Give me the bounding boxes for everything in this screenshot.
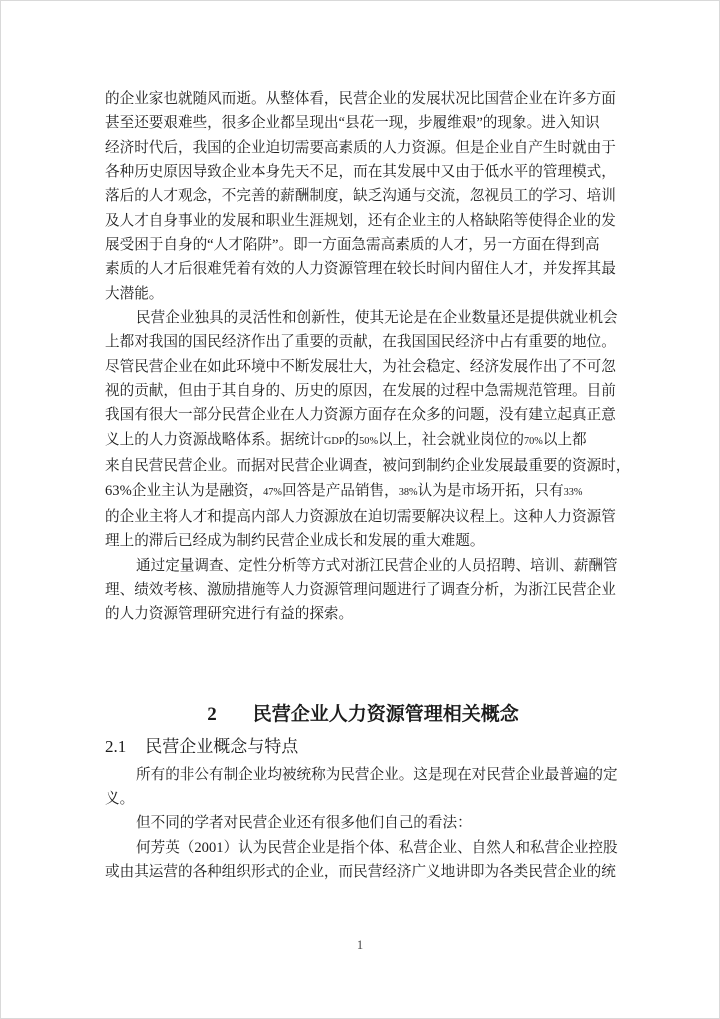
text-line: 何芳英（2001）认为民营企业是指个体、私营企业、自然人和私营企业控股: [105, 836, 621, 860]
inline-text: 我国有很大一部分民营企业在人力资源方面存在众多的问题，没有建立起真正意: [105, 407, 616, 423]
text-line: 的企业家也就随风而逝。从整体看，民营企业的发展状况比国营企业在许多方面: [105, 87, 621, 111]
paragraph: 何芳英（2001）认为民营企业是指个体、私营企业、自然人和私营企业控股或由其运营…: [105, 836, 621, 885]
inline-small-text: GDP: [324, 436, 345, 447]
paragraph: 但不同的学者对民营企业还有很多他们自己的看法：: [105, 811, 621, 835]
inline-text: 展受困于自身的“人才陷阱”。即一方面急需高素质的人才，另一方面在得到高: [105, 237, 600, 253]
inline-text: 通过定量调查、定性分析等方式对浙江民营企业的人员招聘、培训、薪酬管: [136, 558, 618, 574]
paragraph: 民营企业独具的灵活性和创新性，使其无论是在企业数量还是提供就业机会上都对我国的国…: [105, 306, 621, 553]
inline-text: 理上的滞后已经成为制约民营企业成长和发展的重大难题。: [105, 533, 484, 549]
inline-text: 及人才自身事业的发展和职业生涯规划，还有企业主的人格缺陷等使得企业的发: [105, 213, 616, 229]
text-line: 经济时代后，我国的企业迫切需要高素质的人力资源。但是企业自产生时就由于: [105, 136, 621, 160]
page-body: 的企业家也就随风而逝。从整体看，民营企业的发展状况比国营企业在许多方面甚至还要艰…: [105, 87, 621, 884]
inline-text: 上都对我国的国民经济作出了重要的贡献，在我国国民经济中占有重要的地位。: [105, 334, 616, 350]
subsection-number: 2.1: [105, 737, 126, 756]
text-line: 但不同的学者对民营企业还有很多他们自己的看法：: [105, 811, 621, 835]
inline-text: 民营企业独具的灵活性和创新性，使其无论是在企业数量还是提供就业机会: [136, 310, 618, 326]
inline-text: 的企业家也就随风而逝。从整体看，民营企业的发展状况比国营企业在许多方面: [105, 91, 616, 107]
inline-text: 但不同的学者对民营企业还有很多他们自己的看法：: [136, 815, 472, 831]
paragraph: 通过定量调查、定性分析等方式对浙江民营企业的人员招聘、培训、薪酬管理、绩效考核、…: [105, 554, 621, 627]
text-line: 的企业主将人才和提高内部人力资源放在迫切需要解决议程上。这种人力资源管: [105, 505, 621, 529]
inline-small-text: 47%: [263, 487, 282, 498]
paragraph: 所有的非公有制企业均被统称为民营企业。这是现在对民营企业最普遍的定义。: [105, 763, 621, 812]
subsection-title: 民营企业概念与特点: [145, 737, 298, 756]
inline-small-text: 50%: [359, 436, 378, 447]
inline-text: 的企业主将人才和提高内部人力资源放在迫切需要解决议程上。这种人力资源管: [105, 509, 616, 525]
text-line: 义。: [105, 787, 621, 811]
inline-text: 何芳英（2001）认为民营企业是指个体、私营企业、自然人和私营企业控股: [136, 840, 618, 856]
text-line: 63%企业主认为是融资，47%回答是产品销售，38%认为是市场开拓，只有33%: [105, 479, 621, 505]
text-line: 民营企业独具的灵活性和创新性，使其无论是在企业数量还是提供就业机会: [105, 306, 621, 330]
inline-text: 回答是产品销售，: [282, 483, 399, 499]
inline-text: 尽管民营企业在如此环境中不断发展壮大，为社会稳定、经济发展作出了不可忽: [105, 359, 616, 375]
text-line: 及人才自身事业的发展和职业生涯规划，还有企业主的人格缺陷等使得企业的发: [105, 209, 621, 233]
inline-text: 义。: [105, 791, 134, 807]
subsection-heading: 2.1民营企业概念与特点: [105, 734, 621, 760]
body-text-bottom: 所有的非公有制企业均被统称为民营企业。这是现在对民营企业最普遍的定义。但不同的学…: [105, 763, 621, 885]
inline-text: 的人力资源管理研究进行有益的探索。: [105, 606, 353, 622]
text-line: 所有的非公有制企业均被统称为民营企业。这是现在对民营企业最普遍的定: [105, 763, 621, 787]
inline-text: 来自民营民营企业。而据对民营企业调查，被问到制约企业发展最重要的资源时，: [105, 458, 630, 474]
text-line: 尽管民营企业在如此环境中不断发展壮大，为社会稳定、经济发展作出了不可忽: [105, 355, 621, 379]
text-line: 或由其运营的各种组织形式的企业，而民营经济广义地讲即为各类民营企业的统: [105, 860, 621, 884]
inline-text: 义上的人力资源战略体系。据统计: [105, 432, 324, 448]
inline-text: 认为是市场开拓，只有: [418, 483, 564, 499]
text-line: 素质的人才后很难凭着有效的人力资源管理在较长时间内留住人才，并发挥其最: [105, 257, 621, 281]
inline-text: 所有的非公有制企业均被统称为民营企业。这是现在对民营企业最普遍的定: [136, 767, 618, 783]
inline-small-text: 33%: [564, 487, 583, 498]
text-line: 的人力资源管理研究进行有益的探索。: [105, 602, 621, 626]
inline-small-text: 70%: [524, 436, 543, 447]
inline-text: 63%企业主认为是融资，: [105, 483, 263, 499]
text-line: 我国有很大一部分民营企业在人力资源方面存在众多的问题，没有建立起真正意: [105, 403, 621, 427]
inline-text: 甚至还要艰难些，很多企业都呈现出“县花一现，步履维艰”的现象。进入知识: [105, 115, 600, 131]
inline-text: 大潜能。: [105, 286, 163, 302]
inline-text: 各种历史原因导致企业本身先天不足，而在其发展中又由于低水平的管理模式，: [105, 164, 616, 180]
document-page: 的企业家也就随风而逝。从整体看，民营企业的发展状况比国营企业在许多方面甚至还要艰…: [0, 0, 720, 1019]
text-line: 展受困于自身的“人才陷阱”。即一方面急需高素质的人才，另一方面在得到高: [105, 233, 621, 257]
text-line: 落后的人才观念，不完善的薪酬制度，缺乏沟通与交流，忽视员工的学习、培训: [105, 184, 621, 208]
text-line: 来自民营民营企业。而据对民营企业调查，被问到制约企业发展最重要的资源时，: [105, 454, 621, 478]
section-title: 民营企业人力资源管理相关概念: [253, 704, 519, 725]
inline-text: 以上，社会就业岗位的: [378, 432, 524, 448]
text-line: 通过定量调查、定性分析等方式对浙江民营企业的人员招聘、培训、薪酬管: [105, 554, 621, 578]
text-line: 大潜能。: [105, 282, 621, 306]
inline-text: 落后的人才观念，不完善的薪酬制度，缺乏沟通与交流，忽视员工的学习、培训: [105, 188, 616, 204]
inline-text: 或由其运营的各种组织形式的企业，而民营经济广义地讲即为各类民营企业的统: [105, 864, 616, 880]
paragraph: 的企业家也就随风而逝。从整体看，民营企业的发展状况比国营企业在许多方面甚至还要艰…: [105, 87, 621, 306]
text-line: 甚至还要艰难些，很多企业都呈现出“县花一现，步履维艰”的现象。进入知识: [105, 111, 621, 135]
section-number: 2: [207, 704, 217, 725]
inline-text: 理、绩效考核、激励措施等人力资源管理问题进行了调查分析，为浙江民营企业: [105, 582, 616, 598]
text-line: 视的贡献，但由于其自身的、历史的原因，在发展的过程中急需规范管理。目前: [105, 379, 621, 403]
inline-text: 素质的人才后很难凭着有效的人力资源管理在较长时间内留住人才，并发挥其最: [105, 261, 616, 277]
text-line: 理上的滞后已经成为制约民营企业成长和发展的重大难题。: [105, 529, 621, 553]
inline-text: 的: [345, 432, 360, 448]
text-line: 理、绩效考核、激励措施等人力资源管理问题进行了调查分析，为浙江民营企业: [105, 578, 621, 602]
text-line: 各种历史原因导致企业本身先天不足，而在其发展中又由于低水平的管理模式，: [105, 160, 621, 184]
inline-text: 经济时代后，我国的企业迫切需要高素质的人力资源。但是企业自产生时就由于: [105, 140, 616, 156]
section-heading: 2民营企业人力资源管理相关概念: [105, 701, 621, 729]
inline-text: 视的贡献，但由于其自身的、历史的原因，在发展的过程中急需规范管理。目前: [105, 383, 616, 399]
inline-text: 以上都: [543, 432, 587, 448]
inline-small-text: 38%: [399, 487, 418, 498]
text-line: 上都对我国的国民经济作出了重要的贡献，在我国国民经济中占有重要的地位。: [105, 330, 621, 354]
page-number: 1: [1, 938, 719, 953]
text-line: 义上的人力资源战略体系。据统计GDP的50%以上，社会就业岗位的70%以上都: [105, 428, 621, 454]
body-text-top: 的企业家也就随风而逝。从整体看，民营企业的发展状况比国营企业在许多方面甚至还要艰…: [105, 87, 621, 627]
